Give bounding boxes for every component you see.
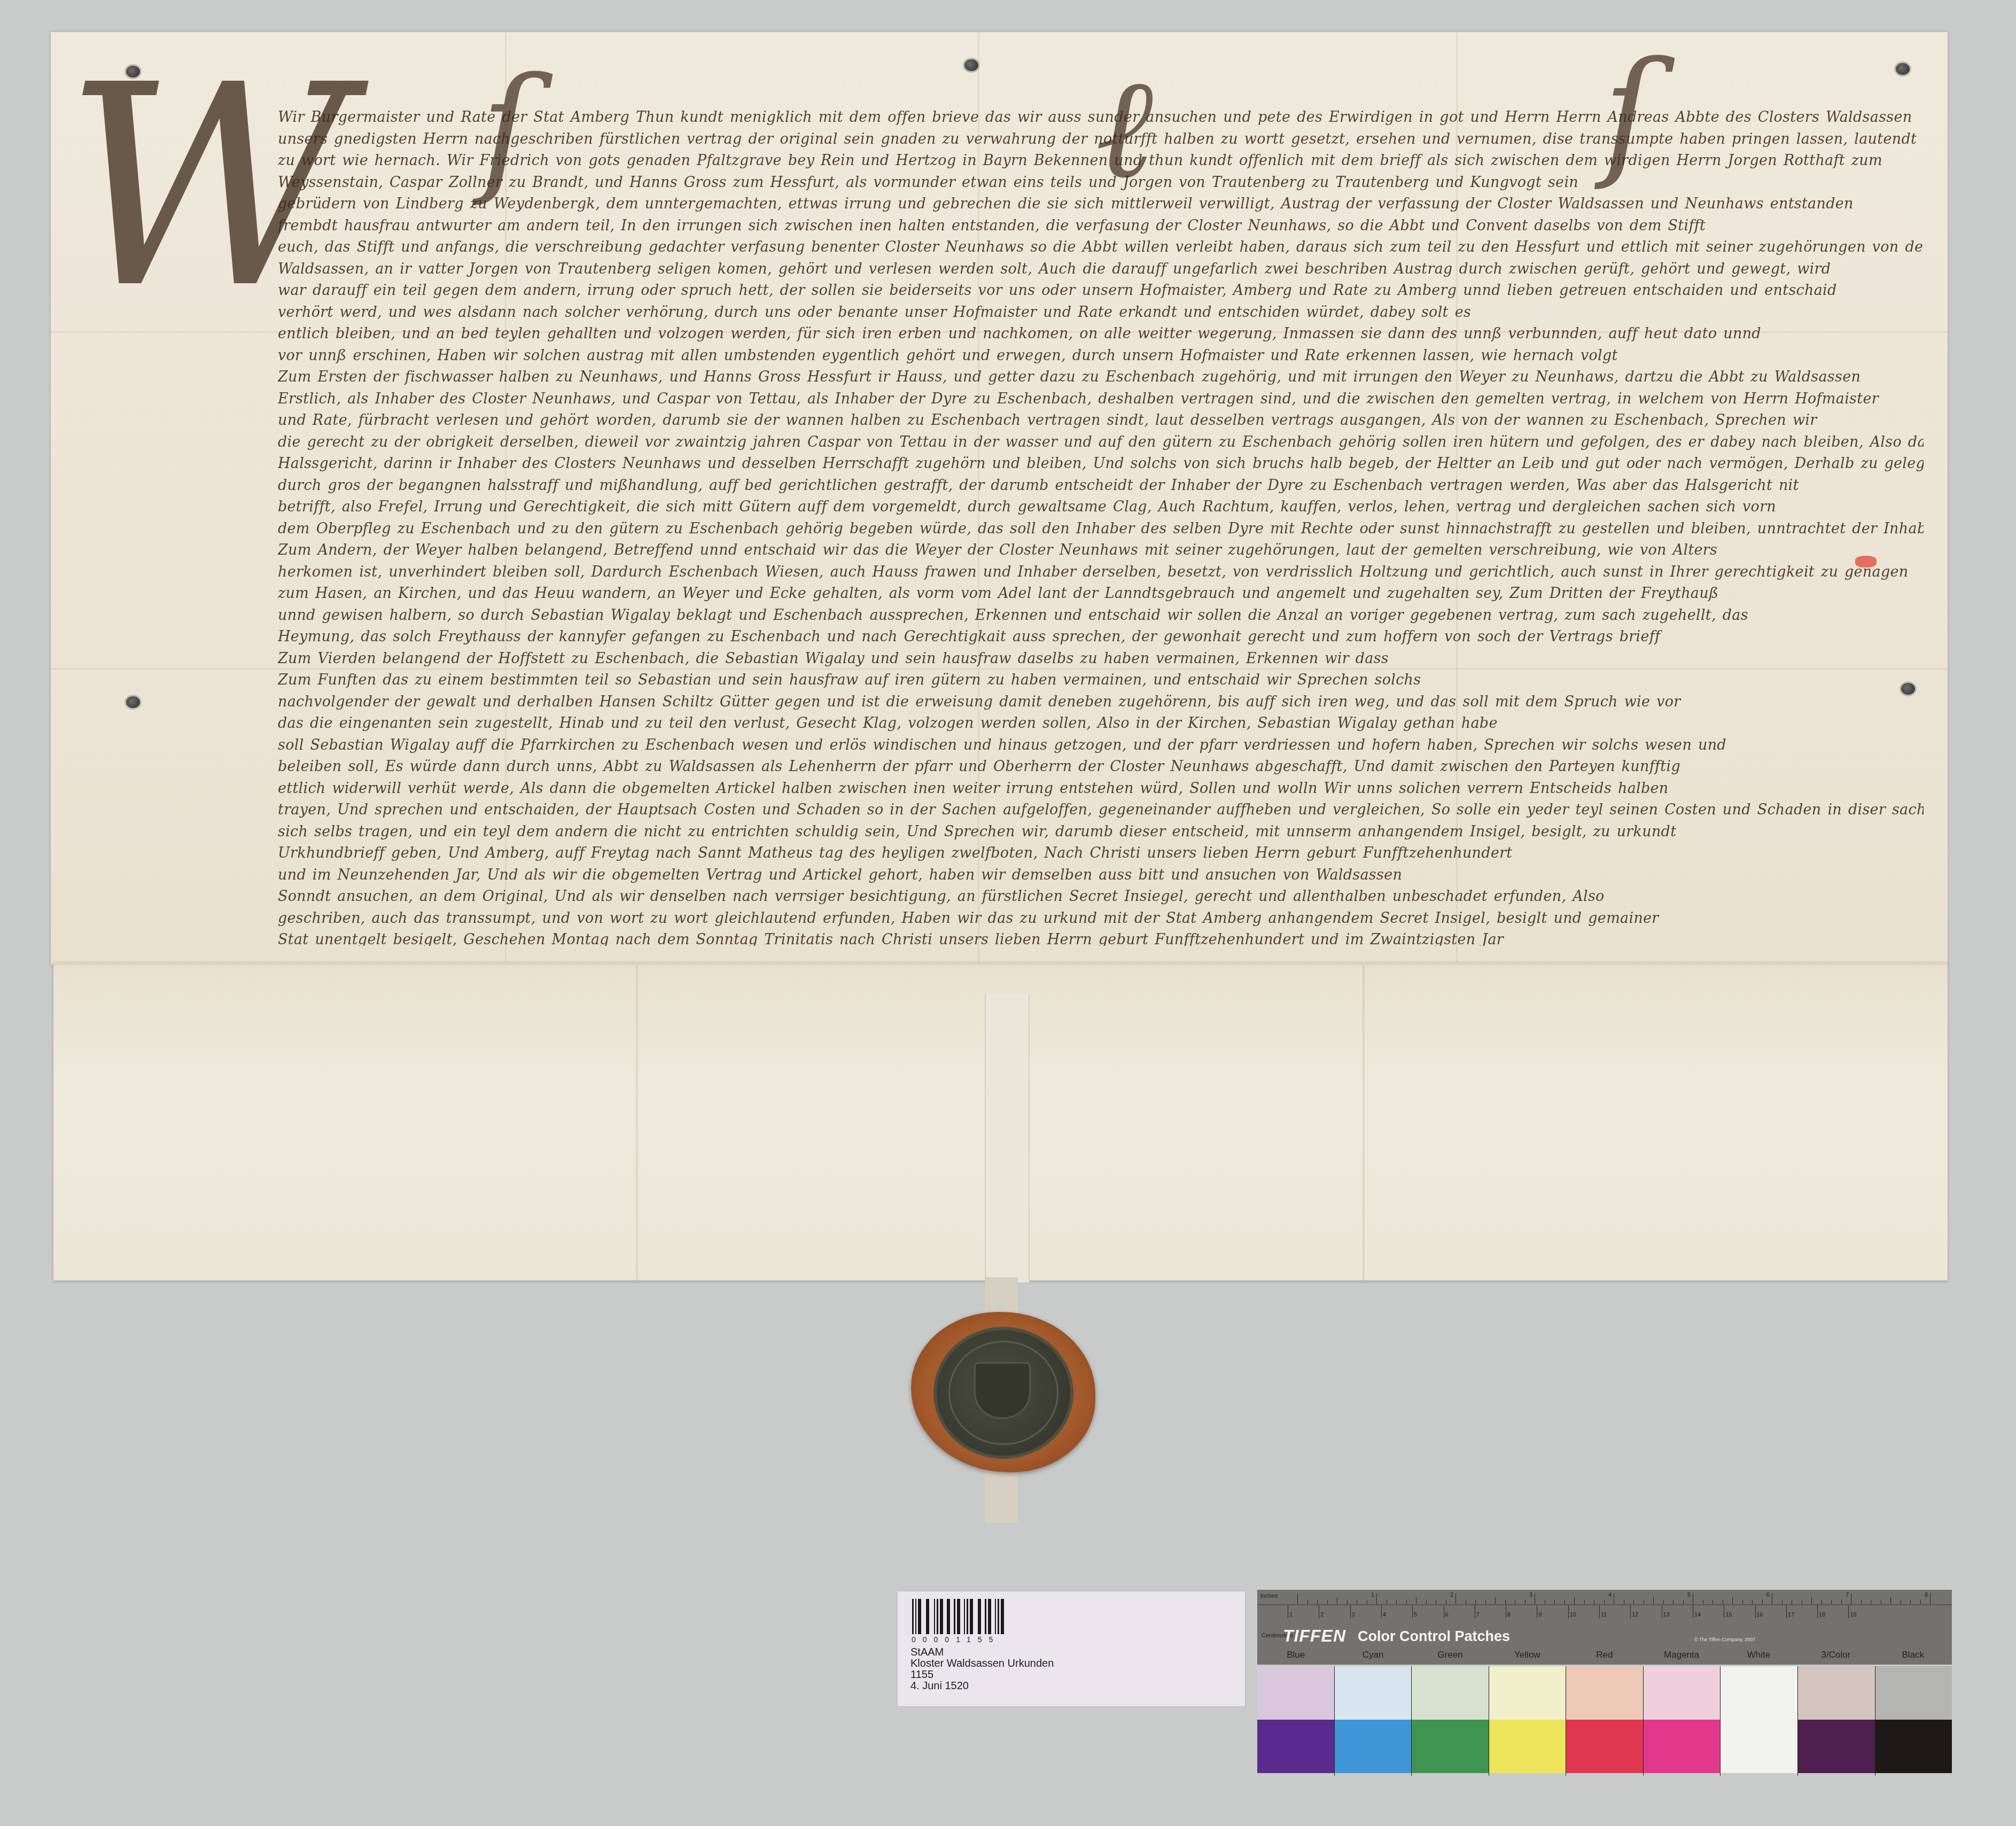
ruler-tick bbox=[1337, 1597, 1337, 1604]
charter-text-line: dem Oberpfleg zu Eschenbach und zu den g… bbox=[278, 518, 1924, 540]
charter-text-line: betrifft, also Frefel, Irrung und Gerech… bbox=[278, 496, 1924, 518]
ruler-tick bbox=[1317, 1600, 1318, 1604]
charter-text-line: Wir Burgermaister und Rate der Stat Ambe… bbox=[278, 107, 1924, 129]
ruler-tick bbox=[1713, 1600, 1713, 1604]
ruler-tick bbox=[1930, 1594, 1931, 1604]
charter-text: Wir Burgermaister und Rate der Stat Ambe… bbox=[278, 107, 1924, 946]
barcode-number: 00001155 bbox=[912, 1635, 1018, 1644]
charter-text-line: Stat unentgelt besigelt, Geschehen Monta… bbox=[278, 929, 1924, 946]
ruler-tick bbox=[1455, 1594, 1456, 1604]
chart-header: Inches 12345678 123456789101112131415161… bbox=[1257, 1590, 1952, 1665]
chart-copyright: © The Tiffen Company, 2007 bbox=[1694, 1637, 1755, 1642]
ruler-tick bbox=[1412, 1605, 1413, 1618]
charter-text-line: zum Hasen, an Kirchen, und das Heuu wand… bbox=[278, 583, 1924, 605]
ruler-tick bbox=[1367, 1600, 1367, 1604]
ruler-tick bbox=[1327, 1600, 1328, 1604]
ruler-tick bbox=[1568, 1605, 1569, 1618]
charter-text-line: euch, das Stifft und anfangs, die versch… bbox=[278, 237, 1924, 259]
ruler-tick bbox=[1436, 1600, 1436, 1604]
patch-dark bbox=[1644, 1720, 1721, 1773]
ruler-tick bbox=[1802, 1600, 1802, 1604]
ruler-tick bbox=[1396, 1600, 1397, 1604]
patch-label: White bbox=[1720, 1650, 1797, 1665]
inch-tick-label: 5 bbox=[1687, 1592, 1691, 1598]
archive-name: StAAM bbox=[910, 1647, 1054, 1658]
ruler-tick bbox=[1288, 1605, 1288, 1618]
ruler-tick bbox=[1703, 1600, 1703, 1604]
patch-light bbox=[1721, 1666, 1797, 1720]
punch-hole bbox=[124, 695, 142, 710]
cm-tick-label: 19 bbox=[1850, 1612, 1856, 1618]
ruler-tick bbox=[1515, 1600, 1515, 1604]
ruler-tick bbox=[1673, 1600, 1673, 1604]
fold-line bbox=[636, 965, 638, 1280]
ruler-tick bbox=[1376, 1594, 1377, 1604]
ruler-tick bbox=[1752, 1600, 1753, 1604]
ruler-tick bbox=[1604, 1600, 1605, 1604]
charter-text-line: entlich bleiben, und an bed teylen gehal… bbox=[278, 323, 1924, 345]
ruler-tick bbox=[1851, 1594, 1851, 1604]
charter-text-line: Zum Vierden belangend der Hoffstett zu E… bbox=[278, 648, 1924, 670]
color-patch-column bbox=[1411, 1666, 1489, 1776]
charter-text-line: Weyssenstain, Caspar Zollner zu Brandt, … bbox=[278, 172, 1924, 194]
cm-tick-label: 13 bbox=[1663, 1612, 1670, 1618]
charter-text-line: und im Neunzehenden Jar, Und als wir die… bbox=[278, 865, 1924, 887]
ruler-tick bbox=[1416, 1597, 1416, 1604]
ruler-tick bbox=[1475, 1605, 1475, 1618]
centimetre-ruler: 12345678910111213141516171819 bbox=[1257, 1604, 1952, 1620]
ruler-tick bbox=[1817, 1605, 1818, 1618]
patch-label: Red bbox=[1566, 1650, 1643, 1665]
color-patch-column bbox=[1875, 1666, 1952, 1776]
ruler-tick bbox=[1693, 1605, 1693, 1618]
ruler-tick bbox=[1297, 1594, 1298, 1604]
patch-dark bbox=[1566, 1720, 1643, 1773]
ruler-tick bbox=[1762, 1600, 1763, 1604]
ruler-tick bbox=[1444, 1605, 1444, 1618]
ruler-tick bbox=[1841, 1600, 1842, 1604]
patch-label: Magenta bbox=[1643, 1650, 1720, 1665]
patch-light bbox=[1335, 1666, 1412, 1720]
ruler-tick bbox=[1782, 1600, 1783, 1604]
ruler-tick bbox=[1693, 1594, 1693, 1604]
ruler-tick bbox=[1724, 1605, 1724, 1618]
ruler-tick bbox=[1584, 1600, 1585, 1604]
ruler-tick bbox=[1347, 1600, 1348, 1604]
patch-dark bbox=[1412, 1720, 1489, 1773]
patch-light bbox=[1257, 1666, 1334, 1720]
charter-text-line: nachvolgender der gewalt und derhalben H… bbox=[278, 691, 1924, 713]
charter-text-line: Zum Ersten der fischwasser halben zu Neu… bbox=[278, 367, 1924, 388]
ruler-tick bbox=[1871, 1600, 1871, 1604]
cm-tick-label: 6 bbox=[1445, 1612, 1449, 1618]
charter-text-line: frembdt hausfrau antwurter am andern tei… bbox=[278, 215, 1924, 237]
patch-light bbox=[1798, 1666, 1875, 1720]
charter-text-line: Sonndt ansuchen, an dem Original, Und al… bbox=[278, 886, 1924, 908]
color-patch-column bbox=[1257, 1666, 1334, 1776]
charter-text-line: Heymung, das solch Freythauss der kannyf… bbox=[278, 626, 1924, 648]
ruler-tick bbox=[1890, 1597, 1891, 1604]
ruler-tick bbox=[1662, 1605, 1662, 1618]
ruler-tick bbox=[1505, 1600, 1506, 1604]
ruler-tick bbox=[1387, 1600, 1387, 1604]
ruler-tick bbox=[1406, 1600, 1407, 1604]
charter-text-line: trayen, Und sprechen und entschaiden, de… bbox=[278, 799, 1924, 821]
charter-text-line: das die eingenanten sein zugestellt, Hin… bbox=[278, 713, 1924, 735]
charter-text-line: war darauff ein teil gegen dem andern, i… bbox=[278, 280, 1924, 302]
cm-tick-label: 16 bbox=[1757, 1612, 1763, 1618]
ruler-tick bbox=[1848, 1605, 1849, 1618]
cm-tick-label: 12 bbox=[1632, 1612, 1638, 1618]
patch-label: Black bbox=[1874, 1650, 1951, 1665]
ruler-tick bbox=[1901, 1600, 1901, 1604]
red-wax-stain bbox=[1855, 556, 1877, 568]
ruler-tick bbox=[1495, 1597, 1496, 1604]
ruler-tick bbox=[1545, 1600, 1545, 1604]
cm-tick-label: 1 bbox=[1289, 1612, 1293, 1618]
color-patch-column bbox=[1797, 1666, 1875, 1776]
archive-label: 00001155 StAAM Kloster Waldsassen Urkund… bbox=[898, 1591, 1245, 1706]
ruler-tick bbox=[1446, 1600, 1446, 1604]
cm-tick-label: 8 bbox=[1507, 1612, 1511, 1618]
charter-text-line: Zum Andern, der Weyer halben belangend, … bbox=[278, 540, 1924, 562]
fold-line bbox=[1363, 965, 1365, 1280]
ruler-tick bbox=[1630, 1605, 1631, 1618]
color-control-chart: Inches 12345678 123456789101112131415161… bbox=[1257, 1590, 1952, 1751]
ruler-tick bbox=[1910, 1600, 1911, 1604]
ruler-tick bbox=[1350, 1605, 1351, 1618]
cm-tick-label: 7 bbox=[1476, 1612, 1480, 1618]
charter-text-line: Waldsassen, an ir vatter Jorgen von Trau… bbox=[278, 259, 1924, 281]
chart-title: Color Control Patches bbox=[1358, 1628, 1510, 1645]
color-patch-column bbox=[1720, 1666, 1797, 1776]
ruler-tick bbox=[1599, 1605, 1600, 1618]
charter-text-line: verhört werd, und wes alsdann nach solch… bbox=[278, 302, 1924, 324]
ruler-tick bbox=[1920, 1600, 1921, 1604]
ruler-tick bbox=[1574, 1597, 1575, 1604]
inch-tick-label: 4 bbox=[1608, 1592, 1612, 1598]
ruler-tick bbox=[1732, 1597, 1733, 1604]
charter-text-line: durch gros der begangnen halsstraff und … bbox=[278, 475, 1924, 497]
patch-dark bbox=[1335, 1720, 1412, 1773]
charter-text-line: ettlich widerwill verhüt werde, Als dann… bbox=[278, 778, 1924, 800]
patch-label: Blue bbox=[1257, 1650, 1334, 1665]
charter-text-line: Erstlich, als Inhaber des Closter Neunha… bbox=[278, 388, 1924, 410]
punch-hole bbox=[963, 58, 980, 73]
ruler-tick bbox=[1683, 1600, 1684, 1604]
charter-text-line: Halssgericht, darinn ir Inhaber des Clos… bbox=[278, 453, 1924, 475]
cm-tick-label: 11 bbox=[1601, 1612, 1607, 1618]
seal-strap bbox=[985, 994, 1030, 1283]
charter-text-line: und Rate, fürbracht verlesen und gehört … bbox=[278, 410, 1924, 432]
charter-text-line: soll Sebastian Wigalay auff die Pfarrkir… bbox=[278, 735, 1924, 757]
ruler-tick bbox=[1426, 1600, 1427, 1604]
charter-text-line: sich selbs tragen, und ein teyl dem ande… bbox=[278, 821, 1924, 843]
wax-seal bbox=[911, 1312, 1095, 1472]
cm-tick-label: 17 bbox=[1788, 1612, 1794, 1618]
patch-label: Yellow bbox=[1489, 1650, 1566, 1665]
patch-dark bbox=[1875, 1720, 1952, 1773]
color-patch-column bbox=[1566, 1666, 1643, 1776]
ruler-tick bbox=[1742, 1600, 1743, 1604]
color-patch-column bbox=[1334, 1666, 1412, 1776]
charter-text-line: vor unnß erschinen, Haben wir solchen au… bbox=[278, 345, 1924, 367]
ruler-tick bbox=[1535, 1594, 1535, 1604]
ruler-tick bbox=[1772, 1594, 1772, 1604]
patch-light bbox=[1489, 1666, 1566, 1720]
inches-label: Inches bbox=[1260, 1593, 1278, 1599]
seal-impression bbox=[933, 1327, 1073, 1459]
patch-light bbox=[1644, 1666, 1721, 1720]
patch-dark bbox=[1489, 1720, 1566, 1773]
charter-text-line: geschriben, auch das transsumpt, und von… bbox=[278, 908, 1924, 930]
patch-label: Cyan bbox=[1334, 1650, 1411, 1665]
cm-tick-label: 3 bbox=[1352, 1612, 1355, 1618]
ruler-tick bbox=[1755, 1605, 1756, 1618]
charter-text-line: herkomen ist, unverhindert bleiben soll,… bbox=[278, 562, 1924, 584]
charter-text-line: zu wort wie hernach. Wir Friedrich von g… bbox=[278, 150, 1924, 172]
charter-text-line: unnd gewisen halbern, so durch Sebastian… bbox=[278, 605, 1924, 627]
ruler-tick bbox=[1357, 1600, 1357, 1604]
inch-tick-label: 7 bbox=[1846, 1592, 1849, 1598]
patch-dark bbox=[1257, 1720, 1334, 1773]
ruler-tick bbox=[1475, 1600, 1476, 1604]
inch-tick-label: 8 bbox=[1925, 1592, 1928, 1598]
charter-text-line: Urkhundbrieff geben, Und Amberg, auff Fr… bbox=[278, 843, 1924, 865]
cm-tick-label: 18 bbox=[1819, 1612, 1825, 1618]
ruler-tick bbox=[1811, 1597, 1812, 1604]
patch-light bbox=[1566, 1666, 1643, 1720]
ruler-tick bbox=[1831, 1600, 1832, 1604]
color-patch-column bbox=[1489, 1666, 1566, 1776]
ruler-tick bbox=[1506, 1605, 1506, 1618]
charter-text-line: gebrüdern von Lindberg zu Weydenbergk, d… bbox=[278, 193, 1924, 215]
patch-label: Green bbox=[1412, 1650, 1489, 1665]
patch-label: 3/Color bbox=[1797, 1650, 1874, 1665]
tiffen-logo: TIFFEN bbox=[1283, 1626, 1346, 1646]
charter-number: 1155 bbox=[910, 1669, 1054, 1681]
ruler-tick bbox=[1822, 1600, 1822, 1604]
charter-text-line: unsers gnedigsten Herrn nachgeschriben f… bbox=[278, 129, 1924, 151]
ruler-tick bbox=[1319, 1605, 1319, 1618]
ruler-tick bbox=[1594, 1600, 1594, 1604]
ruler-tick bbox=[1614, 1594, 1614, 1604]
cm-tick-label: 4 bbox=[1383, 1612, 1386, 1618]
ruler-tick bbox=[1466, 1600, 1466, 1604]
barcode-icon bbox=[912, 1599, 1014, 1634]
ruler-tick bbox=[1525, 1600, 1525, 1604]
inch-tick-label: 3 bbox=[1529, 1592, 1532, 1598]
ruler-tick bbox=[1723, 1600, 1723, 1604]
ruler-tick bbox=[1564, 1600, 1565, 1604]
ruler-tick bbox=[1653, 1597, 1654, 1604]
cm-tick-label: 10 bbox=[1570, 1612, 1576, 1618]
cm-tick-label: 2 bbox=[1320, 1612, 1324, 1618]
ruler-tick bbox=[1381, 1605, 1382, 1618]
charter-text-line: beleiben soll, Es würde dann durch unns,… bbox=[278, 756, 1924, 778]
charter-text-line: die gerecht zu der obrigkeit derselben, … bbox=[278, 432, 1924, 454]
cm-tick-label: 5 bbox=[1414, 1612, 1417, 1618]
color-patches bbox=[1257, 1666, 1952, 1776]
inch-ruler: Inches 12345678 bbox=[1257, 1590, 1952, 1605]
ruler-tick bbox=[1485, 1600, 1486, 1604]
ruler-tick bbox=[1644, 1600, 1644, 1604]
ruler-tick bbox=[1663, 1600, 1664, 1604]
inch-tick-label: 2 bbox=[1450, 1592, 1453, 1598]
cm-tick-label: 14 bbox=[1694, 1612, 1701, 1618]
charter-text-line: Zum Funften das zu einem bestimmten teil… bbox=[278, 670, 1924, 691]
ruler-tick bbox=[1633, 1600, 1634, 1604]
ruler-tick bbox=[1792, 1600, 1792, 1604]
punch-hole bbox=[1894, 61, 1911, 76]
inch-tick-label: 6 bbox=[1766, 1592, 1770, 1598]
ruler-tick bbox=[1537, 1605, 1537, 1618]
cm-tick-label: 15 bbox=[1725, 1612, 1732, 1618]
ruler-tick bbox=[1624, 1600, 1624, 1604]
cm-tick-label: 9 bbox=[1538, 1612, 1542, 1618]
color-patch-column bbox=[1643, 1666, 1721, 1776]
seal-coat-of-arms-icon bbox=[974, 1362, 1031, 1419]
patch-dark bbox=[1721, 1720, 1797, 1773]
ruler-tick bbox=[1881, 1600, 1881, 1604]
patch-dark bbox=[1798, 1720, 1875, 1773]
ruler-tick bbox=[1554, 1600, 1555, 1604]
decorated-initial: W bbox=[64, 48, 256, 609]
ruler-tick bbox=[1786, 1605, 1787, 1618]
charter-date: 4. Juni 1520 bbox=[910, 1681, 1054, 1692]
patch-light bbox=[1875, 1666, 1952, 1720]
inch-tick-label: 1 bbox=[1371, 1592, 1374, 1598]
patch-light bbox=[1412, 1666, 1489, 1720]
collection-name: Kloster Waldsassen Urkunden bbox=[910, 1658, 1054, 1669]
ruler-tick bbox=[1307, 1600, 1308, 1604]
patch-labels: BlueCyanGreenYellowRedMagentaWhite3/Colo… bbox=[1257, 1650, 1952, 1665]
ruler-tick bbox=[1861, 1600, 1862, 1604]
